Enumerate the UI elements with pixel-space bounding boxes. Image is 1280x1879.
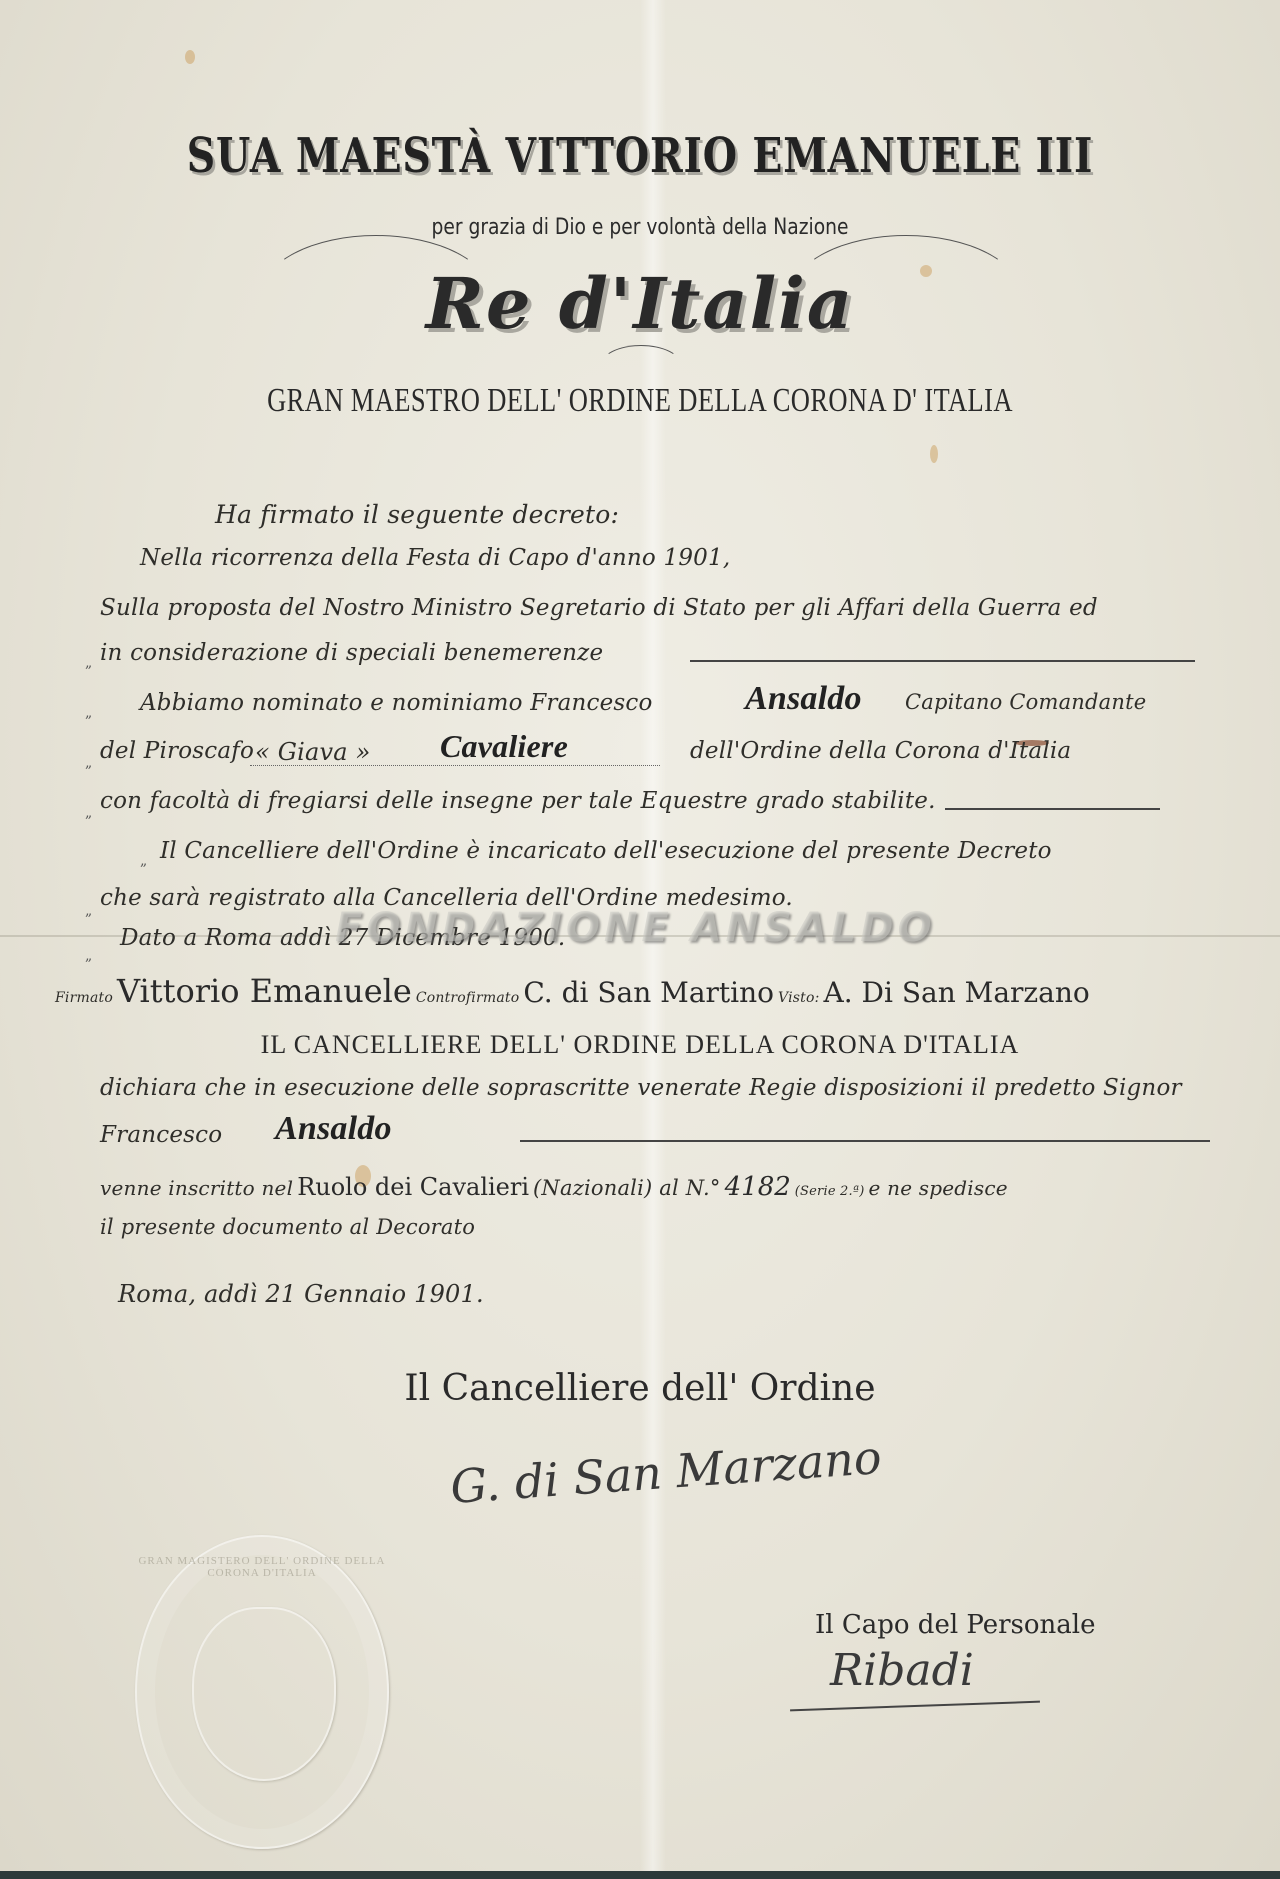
sovereign-subtitle: per grazia di Dio e per volontà della Na… <box>96 215 1184 240</box>
handwritten-ship: « Giava » <box>255 738 370 766</box>
fill-rule <box>945 808 1160 810</box>
decree-line: in considerazione di speciali benemerenz… <box>100 640 603 666</box>
declaration-line: dichiara che in esecuzione delle soprasc… <box>100 1075 1182 1101</box>
fill-rule <box>690 660 1195 662</box>
personnel-signature: Ribadi <box>830 1645 974 1696</box>
firmato-label: Firmato <box>55 990 113 1006</box>
signatures-row: Firmato Vittorio Emanuele Controfirmato … <box>55 972 1090 1010</box>
scan-border <box>0 1871 1280 1879</box>
king-signature: Vittorio Emanuele <box>117 972 412 1010</box>
handwritten-surname: Ansaldo <box>745 680 862 718</box>
series-label: (Serie 2.ª) <box>795 1184 865 1199</box>
paper-stain <box>930 445 938 463</box>
decree-line: con facoltà di fregiarsi delle insegne p… <box>100 788 936 814</box>
decree-line: dell'Ordine della Corona d'Italia <box>690 738 1071 764</box>
fill-rule <box>520 1140 1210 1142</box>
decree-line: Abbiamo nominato e nominiamo Francesco <box>140 690 653 716</box>
declaration-text: (Nazionali) al N.° <box>533 1176 721 1200</box>
countersigned-label: Controfirmato <box>416 990 520 1006</box>
decree-line: Nella ricorrenza della Festa di Capo d'a… <box>140 545 730 571</box>
decree-line: Sulla proposta del Nostro Ministro Segre… <box>100 595 1098 621</box>
inscription-line: venne inscritto nel Ruolo dei Cavalieri … <box>100 1172 1008 1202</box>
watermark: FONDAZIONE ANSALDO <box>335 905 935 951</box>
countersigned-name: C. di San Martino <box>523 976 774 1009</box>
declaration-text: venne inscritto nel <box>100 1176 293 1200</box>
order-title: GRAN MAESTRO DELL' ORDINE DELLA CORONA D… <box>141 382 1139 420</box>
document-page: SUA MAESTÀ VITTORIO EMANUELE III per gra… <box>0 0 1280 1879</box>
ornamental-flourish <box>600 345 682 387</box>
crown-shield-emblem <box>192 1607 336 1781</box>
registry-number: 4182 <box>725 1172 791 1202</box>
dotted-fill-line <box>250 765 660 766</box>
recipient-first-name: Francesco <box>100 1122 222 1148</box>
declaration-text: e ne spedisce <box>869 1176 1008 1200</box>
declaration-heading: IL CANCELLIERE DELL' ORDINE DELLA CORONA… <box>0 1030 1280 1060</box>
visto-label: Visto: <box>778 990 820 1006</box>
decree-line: Il Cancelliere dell'Ordine è incaricato … <box>160 838 1052 864</box>
signature-flourish <box>790 1701 1040 1711</box>
king-title: Re d'Italia <box>0 262 1280 345</box>
declaration-line: il presente documento al Decorato <box>100 1215 475 1239</box>
handwritten-rank: Cavaliere <box>440 728 568 765</box>
decree-intro: Ha firmato il seguente decreto: <box>215 500 619 529</box>
sovereign-title: SUA MAESTÀ VITTORIO EMANUELE III <box>115 128 1165 184</box>
visto-name: A. Di San Marzano <box>824 976 1090 1009</box>
embossed-seal: GRAN MAGISTERO DELL' ORDINE DELLA CORONA… <box>135 1535 389 1849</box>
chancellor-title: Il Cancelliere dell' Ordine <box>0 1368 1280 1409</box>
seal-text: GRAN MAGISTERO DELL' ORDINE DELLA CORONA… <box>137 1555 387 1579</box>
roll-name: Ruolo dei Cavalieri <box>297 1173 529 1201</box>
handwritten-role: Capitano Comandante <box>905 690 1146 714</box>
personnel-title: Il Capo del Personale <box>815 1610 1096 1640</box>
paper-stain <box>185 50 195 64</box>
recipient-surname: Ansaldo <box>275 1110 392 1148</box>
decree-line: del Piroscafo <box>100 738 254 764</box>
place-date: Roma, addì 21 Gennaio 1901. <box>118 1280 484 1308</box>
